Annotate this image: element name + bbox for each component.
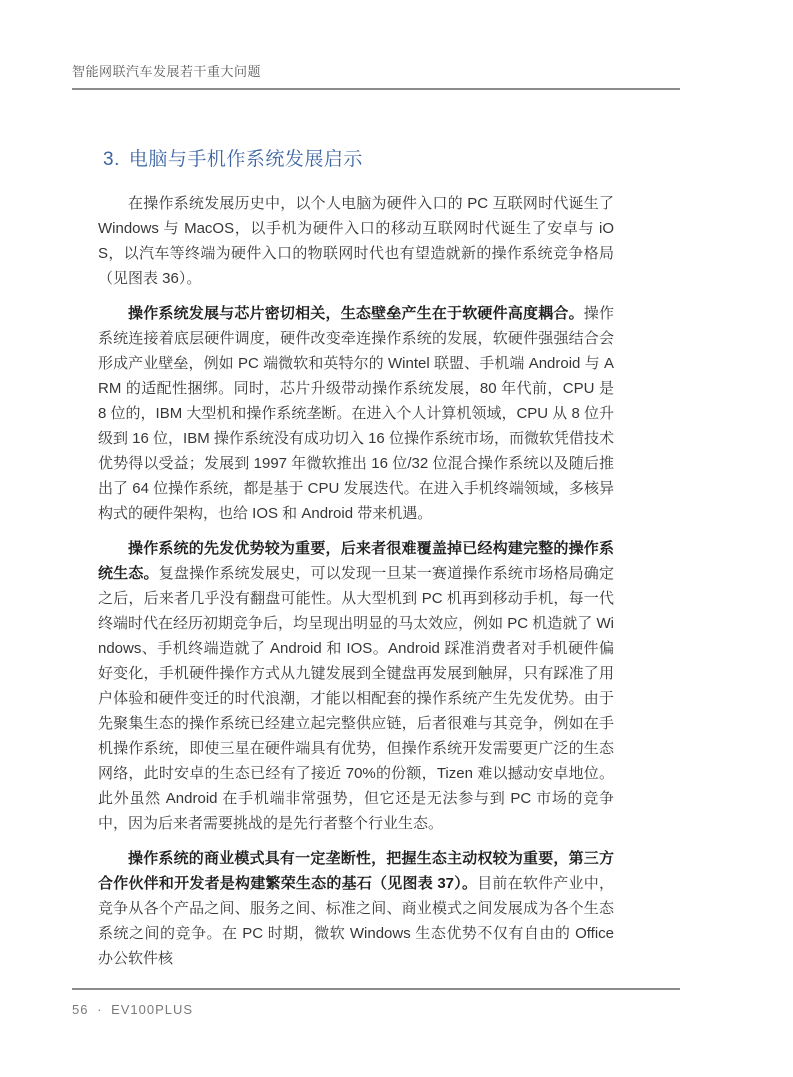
paragraph-run: 复盘操作系统发展史，可以发现一旦某一赛道操作系统市场格局确定之后，后来者几乎没有… — [98, 565, 614, 832]
page-number: 56 — [72, 1002, 88, 1017]
paragraph: 操作系统的先发优势较为重要，后来者很难覆盖掉已经构建完整的操作系统生态。复盘操作… — [98, 536, 614, 836]
paragraph-run: 在操作系统发展历史中，以个人电脑为硬件入口的 PC 互联网时代诞生了 Windo… — [98, 195, 614, 287]
header-rule — [72, 88, 680, 90]
running-header-title: 智能网联汽车发展若干重大问题 — [72, 61, 261, 80]
footer-rule — [72, 988, 680, 990]
footer-separator: · — [97, 1002, 102, 1017]
page-footer: 56 · EV100PLUS — [72, 1002, 197, 1017]
section-number: 3. — [103, 149, 120, 170]
paragraph-run: 操作系统连接着底层硬件调度，硬件改变牵连操作系统的发展，软硬件强强结合会形成产业… — [98, 305, 614, 522]
document-page: 智能网联汽车发展若干重大问题 3.电脑与手机作系统发展启示 在操作系统发展历史中… — [0, 0, 793, 1077]
paragraph: 操作系统的商业模式具有一定垄断性，把握生态主动权较为重要，第三方合作伙伴和开发者… — [98, 846, 614, 971]
section-title: 电脑与手机作系统发展启示 — [129, 149, 363, 170]
footer-brand: EV100PLUS — [111, 1002, 193, 1017]
body-paragraphs: 在操作系统发展历史中，以个人电脑为硬件入口的 PC 互联网时代诞生了 Windo… — [98, 191, 614, 981]
section-heading: 3.电脑与手机作系统发展启示 — [103, 144, 363, 171]
paragraph-run-bold: 操作系统发展与芯片密切相关，生态壁垒产生在于软硬件高度耦合。 — [128, 305, 584, 322]
paragraph: 在操作系统发展历史中，以个人电脑为硬件入口的 PC 互联网时代诞生了 Windo… — [98, 191, 614, 291]
paragraph: 操作系统发展与芯片密切相关，生态壁垒产生在于软硬件高度耦合。操作系统连接着底层硬… — [98, 301, 614, 526]
